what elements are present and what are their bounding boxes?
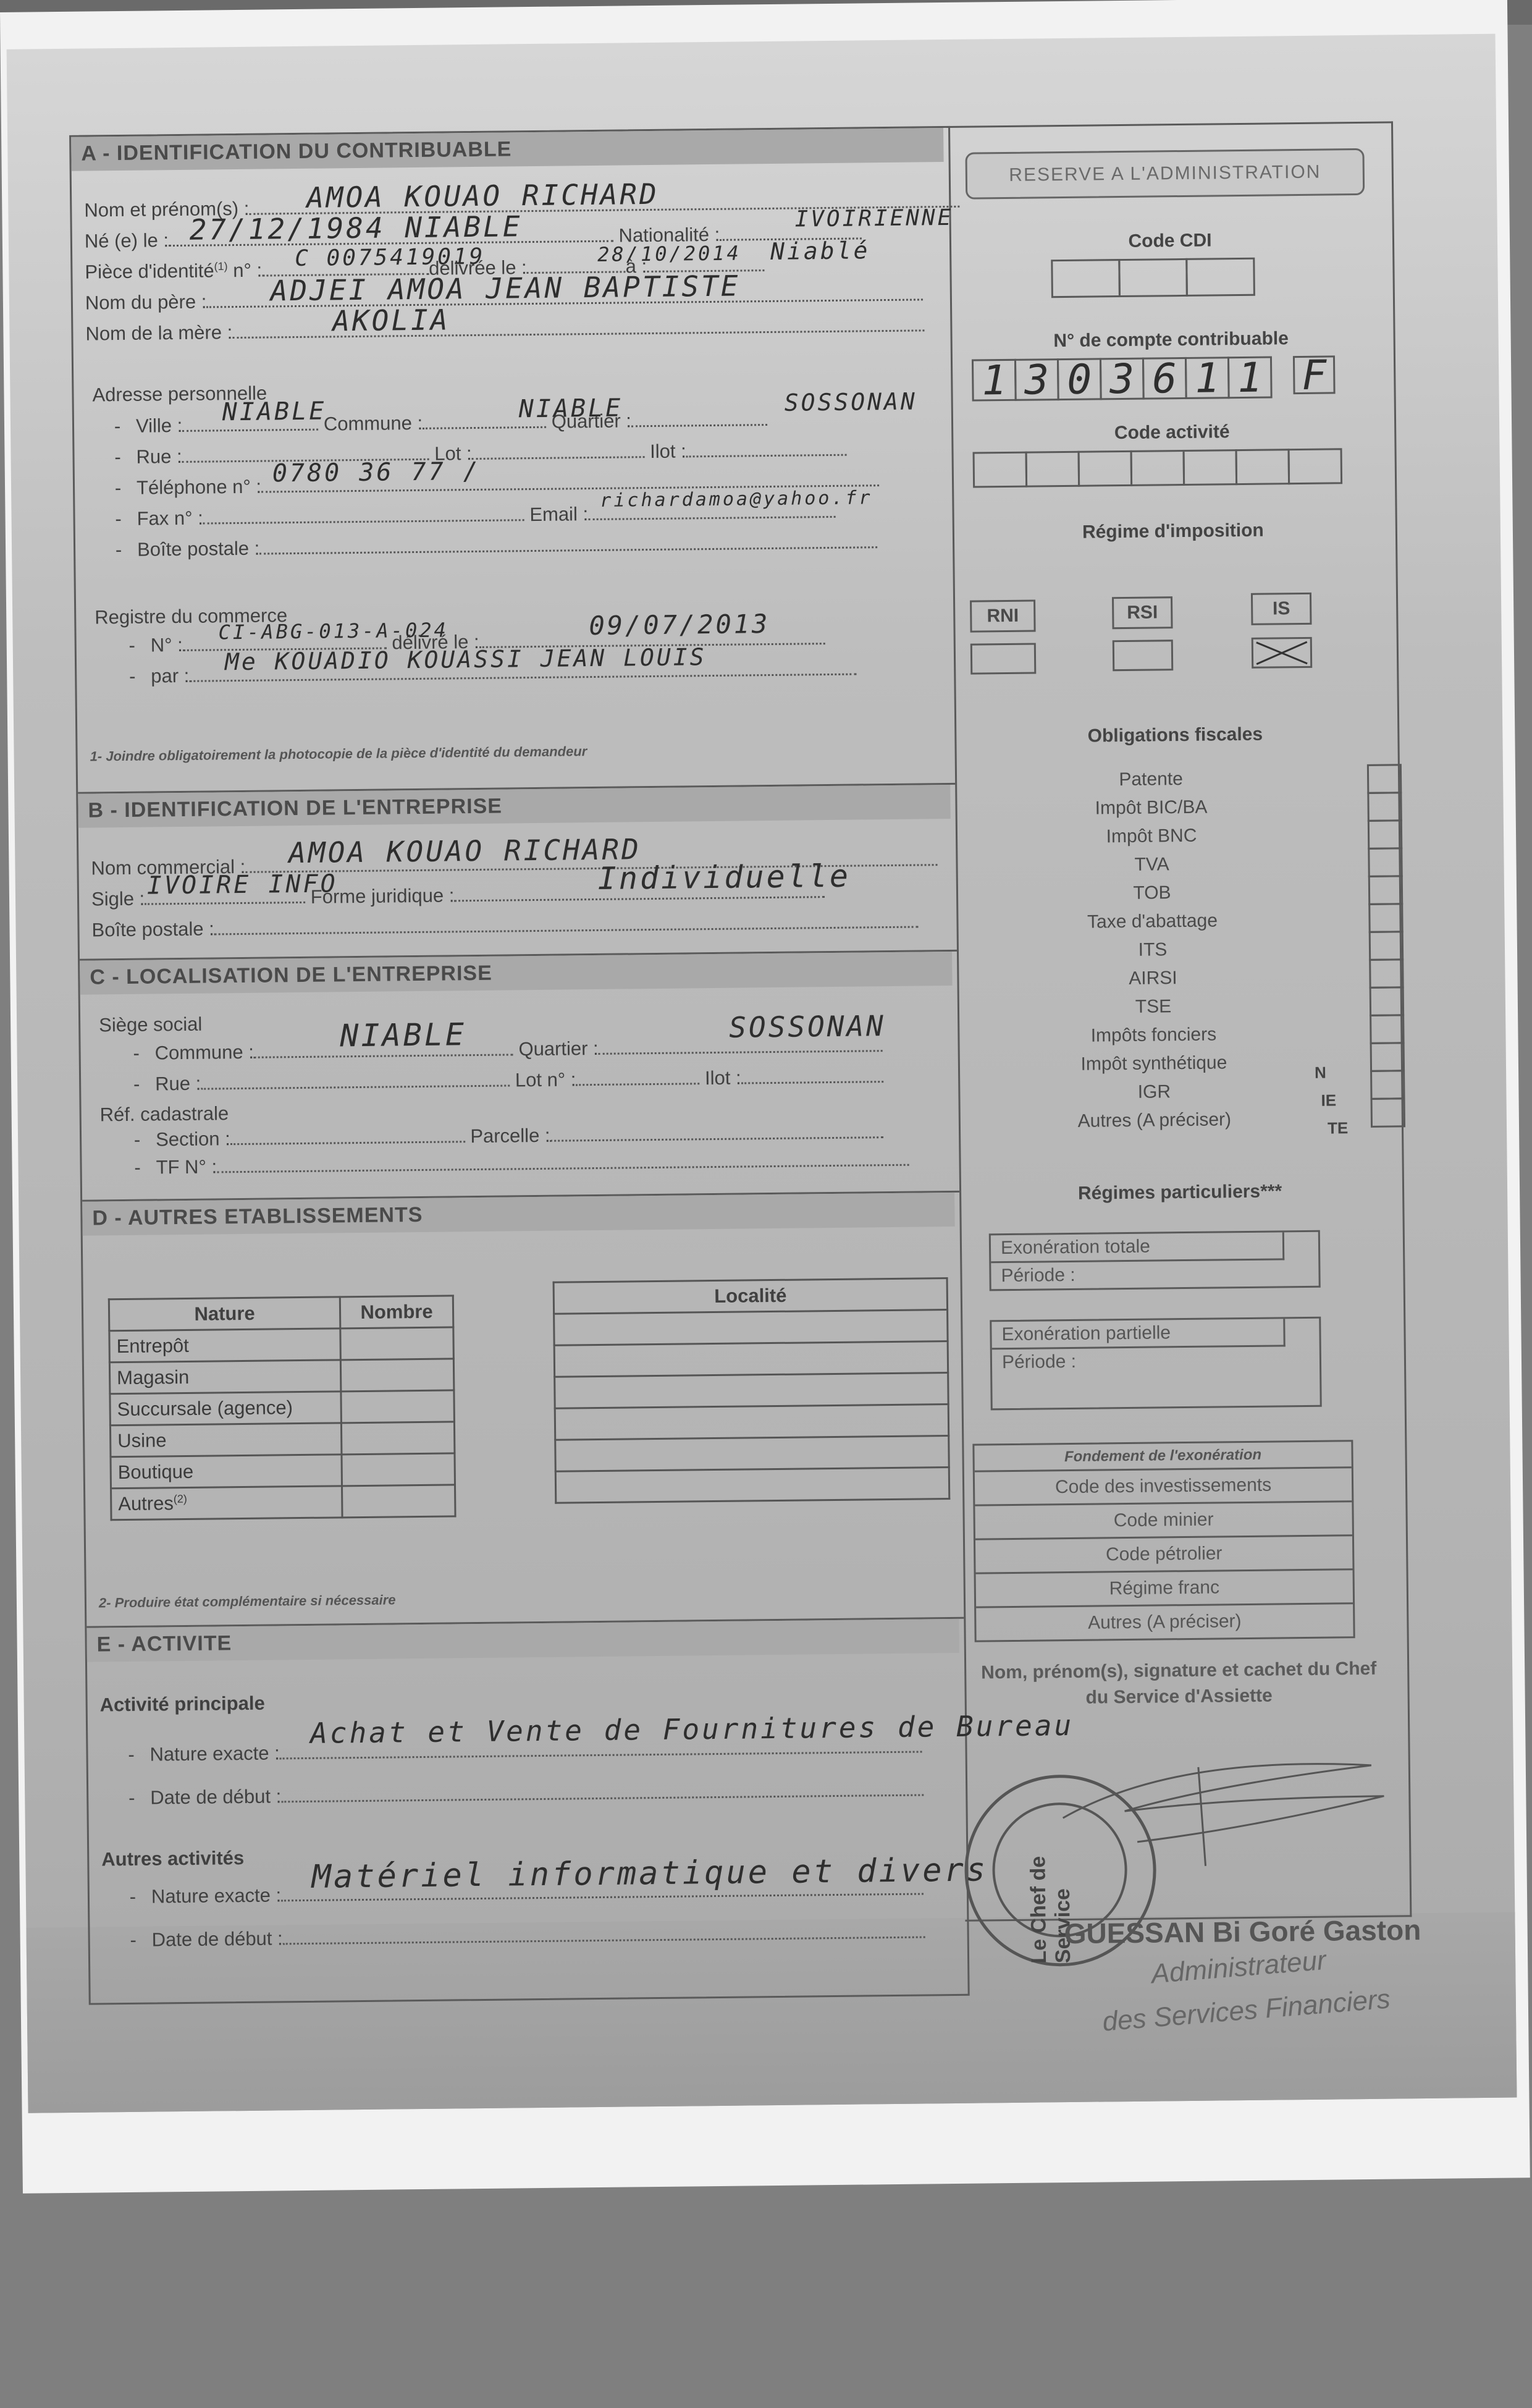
nombre-cell[interactable] bbox=[342, 1485, 456, 1518]
fondement-item[interactable]: Régime franc bbox=[976, 1568, 1353, 1606]
value-commune-c[interactable]: NIABLE bbox=[340, 1016, 466, 1054]
value-forme-juridique[interactable]: Individuelle bbox=[597, 858, 851, 897]
compte-boxes: 1 3 0 3 6 1 1 bbox=[974, 356, 1273, 401]
compte-digit[interactable]: 3 bbox=[1014, 358, 1059, 401]
obligation-checkbox[interactable] bbox=[1367, 764, 1402, 794]
value-ville[interactable]: NIABLE bbox=[222, 397, 327, 427]
code-cdi-cell[interactable] bbox=[1185, 258, 1255, 297]
obligation-item: Impôt BNC bbox=[1028, 821, 1275, 851]
regime-rsi-label: RSI bbox=[1112, 596, 1173, 629]
section-e-title: E - ACTIVITE bbox=[86, 1619, 959, 1662]
col-nature: Nature bbox=[109, 1297, 340, 1331]
table-row: Magasin bbox=[109, 1359, 454, 1394]
table-row: Succursale (agence) bbox=[110, 1390, 455, 1426]
exo-totale-label: Exonération totale bbox=[991, 1232, 1284, 1263]
obligation-item: IGR bbox=[1030, 1076, 1277, 1107]
compte-digit[interactable]: 0 bbox=[1057, 358, 1102, 400]
code-activite-boxes bbox=[975, 448, 1343, 488]
admin-column: RESERVE A L'ADMINISTRATION Code CDI N° d… bbox=[946, 121, 1412, 1921]
value-registre-date[interactable]: 09/07/2013 bbox=[589, 609, 770, 641]
obligation-checkbox[interactable] bbox=[1368, 903, 1403, 933]
obligation-item: Impôt synthétique bbox=[1030, 1048, 1277, 1079]
compte-key-box: F bbox=[1295, 355, 1336, 394]
obligation-checkbox[interactable] bbox=[1368, 875, 1403, 905]
field-date-principale: -Date de début : bbox=[113, 1778, 924, 1810]
scanned-paper: A - IDENTIFICATION DU CONTRIBUABLE Nom e… bbox=[0, 0, 1530, 2194]
regime-rni-label: RNI bbox=[970, 600, 1036, 633]
fondement-item[interactable]: Code minier bbox=[975, 1500, 1352, 1538]
regime-label: Régime d'imposition bbox=[951, 518, 1395, 544]
value-a[interactable]: Niablé bbox=[770, 237, 870, 265]
field-ville: -Ville : Commune : Quartier : bbox=[99, 408, 767, 437]
field-boite-postale-b: Boîte postale : bbox=[91, 910, 919, 942]
value-nom-mere[interactable]: AKOLIA bbox=[332, 303, 450, 337]
fondement-item[interactable]: Code des investissements bbox=[975, 1466, 1352, 1504]
section-c: C - LOCALISATION DE L'ENTREPRISE bbox=[80, 950, 958, 995]
obligation-item: Patente bbox=[1027, 764, 1274, 795]
field-boite-postale: -Boîte postale : bbox=[100, 530, 878, 561]
section-d: D - AUTRES ETABLISSEMENTS bbox=[82, 1191, 960, 1236]
compte-digit[interactable]: 1 bbox=[1185, 357, 1230, 399]
table-row: Entrepôt bbox=[109, 1327, 454, 1362]
table-row: Autres(2) bbox=[111, 1485, 456, 1520]
obligation-item: Autres (A préciser) bbox=[1031, 1105, 1278, 1136]
code-cdi-cell[interactable] bbox=[1118, 258, 1188, 297]
field-nom-mere: Nom de la mère : bbox=[85, 313, 924, 345]
value-nom-commercial[interactable]: AMOA KOUAO RICHARD bbox=[288, 832, 641, 869]
obligations-label: Obligations fiscales bbox=[953, 722, 1397, 748]
footnote-1: 1- Joindre obligatoirement la photocopie… bbox=[90, 743, 587, 764]
obligation-checkbox[interactable] bbox=[1370, 1070, 1405, 1100]
handwritten-mark: TE bbox=[1328, 1118, 1349, 1138]
exo-totale-periode[interactable]: Période : bbox=[991, 1260, 1318, 1290]
fondement-item[interactable]: Autres (A préciser) bbox=[976, 1602, 1353, 1640]
field-date-autres: -Date de début : bbox=[114, 1920, 925, 1951]
value-email[interactable]: richardamoa@yahoo.fr bbox=[600, 487, 873, 512]
checkmark-x-icon bbox=[1253, 639, 1310, 667]
signature-scribble-icon bbox=[1050, 1740, 1397, 1892]
obligation-item: Taxe d'abattage bbox=[1029, 906, 1276, 937]
siege-social-title: Siège social bbox=[99, 1013, 203, 1037]
value-piece-identite[interactable]: C 0075419019 bbox=[295, 244, 486, 271]
obligation-checkbox[interactable] bbox=[1371, 1097, 1405, 1128]
obligation-item: TOB bbox=[1029, 877, 1276, 908]
regimes-particuliers-label: Régimes particuliers*** bbox=[958, 1180, 1402, 1206]
table-row: Boutique bbox=[111, 1453, 455, 1489]
col-localite: Localité bbox=[553, 1278, 947, 1314]
code-cdi-cell[interactable] bbox=[1051, 259, 1121, 298]
localite-cell[interactable] bbox=[555, 1436, 949, 1472]
nombre-cell[interactable] bbox=[340, 1359, 454, 1392]
code-activite-cell[interactable] bbox=[1078, 450, 1133, 487]
localite-cell[interactable] bbox=[555, 1373, 948, 1409]
obligation-checkbox[interactable] bbox=[1367, 792, 1402, 822]
ref-cadastrale-title: Réf. cadastrale bbox=[100, 1102, 229, 1126]
fondement-item[interactable]: Code pétrolier bbox=[975, 1534, 1353, 1572]
exo-partielle-label: Exonération partielle bbox=[991, 1319, 1285, 1350]
code-activite-cell[interactable] bbox=[1183, 449, 1238, 486]
code-activite-cell[interactable] bbox=[1025, 451, 1080, 488]
localite-cell[interactable] bbox=[555, 1405, 948, 1440]
handwritten-mark: N bbox=[1315, 1063, 1326, 1083]
compte-key[interactable]: F bbox=[1293, 355, 1336, 394]
value-quartier-c[interactable]: SOSSONAN bbox=[729, 1009, 886, 1044]
section-e: E - ACTIVITE bbox=[86, 1617, 964, 1662]
admin-header: RESERVE A L'ADMINISTRATION bbox=[965, 148, 1365, 200]
signer-name: GUESSAN Bi Goré Gaston bbox=[1064, 1913, 1421, 1950]
exo-partielle-periode[interactable]: Période : bbox=[992, 1346, 1319, 1376]
section-b: B - IDENTIFICATION DE L'ENTREPRISE bbox=[78, 783, 956, 828]
value-nationalite[interactable]: IVOIRIENNE bbox=[794, 205, 953, 232]
handwritten-mark: IE bbox=[1321, 1091, 1336, 1110]
obligation-checkbox[interactable] bbox=[1369, 931, 1404, 961]
nombre-cell[interactable] bbox=[341, 1422, 455, 1455]
col-nombre: Nombre bbox=[340, 1296, 453, 1329]
code-activite-label: Code activité bbox=[949, 420, 1394, 446]
field-tf: -TF N° : bbox=[119, 1148, 909, 1179]
code-activite-cell[interactable] bbox=[1130, 450, 1185, 486]
field-rue-c: -Rue : Lot n° : Ilot : bbox=[118, 1065, 883, 1096]
code-activite-cell[interactable] bbox=[1288, 448, 1343, 484]
code-cdi-boxes bbox=[1053, 258, 1255, 298]
section-c-title: C - LOCALISATION DE L'ENTREPRISE bbox=[80, 952, 952, 995]
table-row: Usine bbox=[110, 1422, 455, 1457]
field-section: -Section : Parcelle : bbox=[119, 1120, 884, 1151]
obligation-item: ITS bbox=[1029, 934, 1276, 965]
compte-digit[interactable]: 3 bbox=[1100, 358, 1145, 400]
code-activite-cell[interactable] bbox=[1235, 449, 1290, 485]
compte-label: N° de compte contribuable bbox=[948, 327, 1393, 353]
obligation-checkbox[interactable] bbox=[1368, 819, 1402, 850]
value-nature-principale[interactable]: Achat et Vente de Fournitures de Bureau bbox=[310, 1709, 1074, 1750]
obligations-checkboxes bbox=[1367, 766, 1405, 1128]
value-delivree-le[interactable]: 28/10/2014 bbox=[597, 241, 741, 266]
activite-principale-title: Activité principale bbox=[100, 1692, 265, 1717]
localite-cell[interactable] bbox=[555, 1468, 949, 1503]
obligation-item: TSE bbox=[1030, 991, 1277, 1022]
value-ne-le[interactable]: 27/12/1984 NIABLE bbox=[189, 209, 522, 247]
signature-title: Nom, prénom(s), signature et cachet du C… bbox=[975, 1656, 1383, 1712]
value-nom-prenoms[interactable]: AMOA KOUAO RICHARD bbox=[306, 177, 659, 214]
nombre-cell[interactable] bbox=[341, 1390, 455, 1423]
obligation-item: AIRSI bbox=[1029, 963, 1276, 994]
tax-form: A - IDENTIFICATION DU CONTRIBUABLE Nom e… bbox=[69, 121, 1417, 2001]
obligation-checkbox[interactable] bbox=[1368, 847, 1402, 877]
section-a: A - IDENTIFICATION DU CONTRIBUABLE bbox=[71, 128, 948, 171]
obligation-item: Impôts fonciers bbox=[1030, 1020, 1277, 1050]
regime-is-label: IS bbox=[1251, 593, 1312, 625]
obligation-checkbox[interactable] bbox=[1369, 958, 1404, 989]
left-column: A - IDENTIFICATION DU CONTRIBUABLE Nom e… bbox=[69, 126, 970, 2005]
section-d-title: D - AUTRES ETABLISSEMENTS bbox=[82, 1193, 954, 1236]
value-nature-autres[interactable]: Matériel informatique et divers bbox=[311, 1851, 988, 1895]
localite-table: Localité bbox=[553, 1277, 951, 1504]
localite-cell[interactable] bbox=[554, 1341, 948, 1377]
value-registre-par[interactable]: Me KOUADIO KOUASSI JEAN LOUIS bbox=[225, 643, 707, 675]
autres-activites-title: Autres activités bbox=[101, 1847, 244, 1870]
section-a-title: A - IDENTIFICATION DU CONTRIBUABLE bbox=[71, 128, 943, 171]
obligation-checkbox[interactable] bbox=[1370, 1042, 1405, 1072]
value-registre-numero[interactable]: CI-ABG-013-A-024 bbox=[218, 618, 448, 644]
value-quartier[interactable]: SOSSONAN bbox=[784, 387, 917, 416]
obligation-checkbox[interactable] bbox=[1370, 986, 1404, 1016]
exo-partielle-box: Exonération partielle Période : bbox=[990, 1317, 1321, 1411]
value-sigle[interactable]: IVOIRE INFO bbox=[147, 869, 338, 900]
exo-totale-box: Exonération totale Période : bbox=[989, 1230, 1321, 1291]
code-activite-cell[interactable] bbox=[973, 452, 1028, 488]
fondement-table: Fondement de l'exonération Code des inve… bbox=[972, 1440, 1355, 1642]
footnote-2: 2- Produire état complémentaire si néces… bbox=[99, 1592, 396, 1611]
compte-digit[interactable]: 1 bbox=[1227, 356, 1273, 399]
regime-is-checkbox[interactable] bbox=[1252, 637, 1313, 669]
compte-digit[interactable]: 6 bbox=[1142, 357, 1187, 400]
fondement-header: Fondement de l'exonération bbox=[974, 1442, 1351, 1470]
localite-cell[interactable] bbox=[554, 1310, 948, 1346]
regime-rni-checkbox[interactable] bbox=[970, 643, 1037, 674]
establishments-table: Nature Nombre Entrepôt Magasin Succursal… bbox=[108, 1295, 457, 1521]
obligation-checkbox[interactable] bbox=[1370, 1014, 1404, 1044]
form-sheet: A - IDENTIFICATION DU CONTRIBUABLE Nom e… bbox=[7, 34, 1517, 2113]
section-b-title: B - IDENTIFICATION DE L'ENTREPRISE bbox=[78, 785, 950, 828]
compte-digit[interactable]: 1 bbox=[972, 359, 1017, 402]
obligations-list: Patente Impôt BIC/BA Impôt BNC TVA TOB T… bbox=[1027, 764, 1278, 1136]
value-commune[interactable]: NIABLE bbox=[519, 394, 623, 423]
nombre-cell[interactable] bbox=[342, 1453, 455, 1486]
value-nom-pere[interactable]: ADJEI AMOA JEAN BAPTISTE bbox=[270, 269, 740, 307]
code-cdi-label: Code CDI bbox=[948, 228, 1392, 254]
nombre-cell[interactable] bbox=[340, 1327, 454, 1360]
obligation-item: Impôt BIC/BA bbox=[1027, 792, 1274, 823]
signer-title-1: Administrateur bbox=[1150, 1945, 1328, 1990]
value-telephone[interactable]: 0780 36 77 / bbox=[272, 457, 481, 488]
obligation-item: TVA bbox=[1028, 849, 1275, 880]
regime-rsi-checkbox[interactable] bbox=[1113, 640, 1174, 671]
